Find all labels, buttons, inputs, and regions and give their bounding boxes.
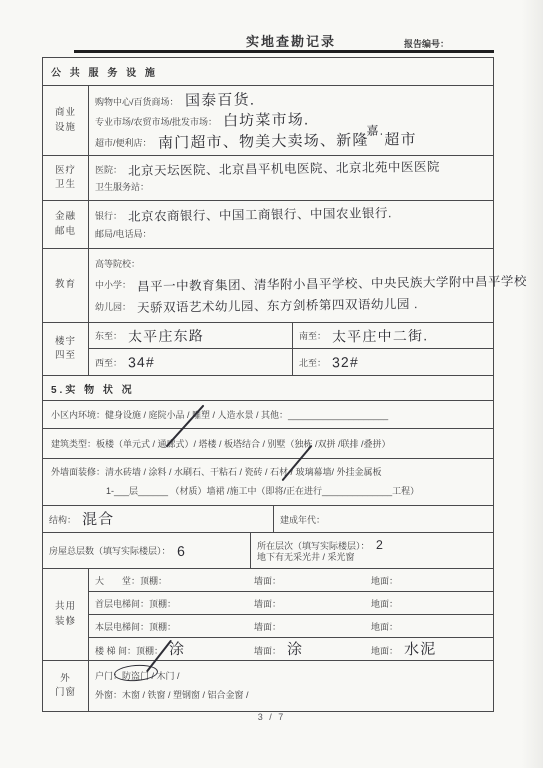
shopping-center-line: 购物中心/百货商场： 国泰百货. (95, 93, 493, 108)
school-label: 中小学： (95, 280, 131, 291)
first-elevator-ceiling-label: 首层电梯间：顶棚： (89, 597, 254, 610)
common-row-stairwell: 楼 梯 间：顶棚：涂 墙面：涂 地面：水泥 (89, 638, 493, 660)
level-label: 所在层次（填写实际楼层）： (257, 541, 370, 552)
education-label: 教育 (43, 249, 89, 322)
medical-label: 医疗 卫生 (43, 156, 89, 200)
this-elevator-ceiling-label: 本层电梯间：顶棚： (89, 620, 254, 633)
south-label: 南至： (299, 329, 326, 342)
health-station-label: 卫生服务站： (95, 182, 149, 193)
market-label: 专业市场/农贸市场/批发市场： (95, 117, 217, 128)
row-environment: 小区内环境：健身设施 / 庭院小品 / 雕塑 / 人造水景 / 其他：_____… (43, 401, 493, 429)
facade-line-2: 1-___层______ （材质）墙裙 /施工中（即将/正在进行________… (51, 486, 493, 497)
lobby-ceiling-label: 大 堂：顶棚： (89, 574, 254, 587)
level-cell: 所在层次（填写实际楼层）： 2 地下有无采光井 / 采光窗 (251, 533, 493, 568)
row-floors-level: 房屋总层数（填写实际楼层）： 6 所在层次（填写实际楼层）： 2 地下有无采光井… (43, 533, 493, 569)
report-number-label: 报告编号： (404, 37, 449, 50)
post-office-label: 邮局/电话局： (95, 229, 152, 240)
total-floors-value: 6 (176, 543, 185, 557)
kindergarten-label: 幼儿园： (95, 302, 131, 313)
lobby-wall-label: 墙面： (254, 574, 371, 587)
row-common-decoration: 共用 装修 大 堂：顶棚： 墙面： 地面： 首层电梯间：顶棚： 墙面： 地面： … (43, 569, 493, 661)
supermarket-label: 超市/便利店： (95, 138, 152, 149)
finance-label: 金融 邮电 (43, 201, 89, 248)
common-row-this-floor-elevator: 本层电梯间：顶棚： 墙面： 地面： (89, 615, 493, 638)
lobby-floor-label: 地面： (371, 574, 493, 587)
survey-table: 公 共 服 务 设 施 商业 设施 购物中心/百货商场： 国泰百货. 专业市场/… (42, 57, 494, 712)
exterior-window-line: 外窗：木窗 / 铁窗 / 塑钢窗 / 铝合金窗 / (95, 690, 493, 701)
east-value: 太平庄东路 (128, 328, 204, 343)
common-row-first-floor-elevator: 首层电梯间：顶棚： 墙面： 地面： (89, 592, 493, 615)
stairwell-floor: 地面：水泥 (371, 642, 493, 657)
page-number: 3 / 7 (0, 712, 543, 722)
stairwell-ceiling: 楼 梯 间：顶棚：涂 (89, 642, 254, 657)
hospital-label: 医院： (95, 165, 122, 176)
post-office-line: 邮局/电话局： (95, 229, 493, 240)
bound-south: 南至： 太平庄中二街. (293, 323, 493, 349)
structure-cell: 结构： 混合 (43, 506, 274, 532)
bound-east: 东至： 太平庄东路 (89, 323, 293, 349)
bank-line: 银行： 北京农商银行、中国工商银行、中国农业银行. (95, 209, 493, 222)
total-floors-cell: 房屋总层数（填写实际楼层）： 6 (43, 533, 251, 568)
total-floors-label: 房屋总层数（填写实际楼层）： (49, 544, 171, 557)
bounds-label: 楼宇 四至 (43, 323, 89, 375)
west-value: 34# (128, 355, 155, 369)
common-row-lobby: 大 堂：顶棚： 墙面： 地面： (89, 569, 493, 592)
kindergarten-line: 幼儿园： 天骄双语艺术幼儿园、东方剑桥第四双语幼儿园 . (95, 300, 493, 313)
built-year-label: 建成年代： (280, 513, 325, 526)
common-decoration-label: 共用 装修 (43, 569, 89, 660)
stairwell-wall-value: 涂 (287, 641, 303, 656)
level-line: 所在层次（填写实际楼层）： 2 (257, 539, 383, 552)
row-facade-decoration: 外墙面装修：清水砖墙 / 涂料 / 水刷石、干粘石 / 瓷砖 / 石材 / 玻璃… (43, 459, 493, 506)
health-station-line: 卫生服务站： (95, 182, 493, 193)
bound-north: 北至： 32# (293, 349, 493, 375)
supermarket-line: 超市/便利店： 南门超市、物美大卖场、新隆嘉.超市 (95, 134, 493, 149)
doors-windows-label: 外 门窗 (43, 661, 89, 711)
stairwell-floor-value: 水泥 (404, 641, 437, 656)
bound-west: 西至： 34# (89, 349, 293, 375)
west-label: 西至： (95, 356, 122, 369)
basement-light-line: 地下有无采光井 / 采光窗 (257, 552, 355, 563)
facade-line-1: 外墙面装修：清水砖墙 / 涂料 / 水刷石、干粘石 / 瓷砖 / 石材 / 玻璃… (51, 467, 493, 478)
section-public-services-title: 公 共 服 务 设 施 (43, 58, 493, 86)
row-commercial-facilities: 商业 设施 购物中心/百货商场： 国泰百货. 专业市场/农贸市场/批发市场： 白… (43, 86, 493, 156)
form-title: 实地查勘记录 (246, 31, 336, 50)
first-elevator-wall-label: 墙面： (254, 597, 371, 610)
shopping-center-value: 国泰百货. (184, 92, 254, 108)
structure-value: 混合 (82, 511, 115, 526)
level-value: 2 (375, 539, 383, 552)
row-building-type: 建筑类型：板楼（单元式 / 通廊式）/ 塔楼 / 板塔结合 / 别墅（独栋 /双… (43, 429, 493, 459)
structure-label: 结构： (49, 513, 76, 526)
stairwell-ceiling-value: 涂 (169, 641, 185, 656)
shopping-center-label: 购物中心/百货商场： (95, 97, 179, 108)
school-value: 昌平一中教育集团、清华附小昌平学校、中央民族大学附中昌平学校 (137, 275, 527, 293)
this-elevator-wall-label: 墙面： (254, 620, 371, 633)
row-doors-windows: 外 门窗 户门：防盗门 / 木门 / 外窗：木窗 / 铁窗 / 塑钢窗 / 铝合… (43, 661, 493, 711)
row-medical-health: 医疗 卫生 医院： 北京天坛医院、北京昌平机电医院、北京北苑中医医院 卫生服务站… (43, 156, 493, 201)
north-value: 32# (332, 355, 359, 369)
hospital-value: 北京天坛医院、北京昌平机电医院、北京北苑中医医院 (128, 161, 440, 178)
stairwell-wall: 墙面：涂 (254, 642, 371, 657)
east-label: 东至： (95, 329, 122, 342)
section-physical-condition-title: 5.实 物 状 况 (43, 376, 493, 401)
commercial-label: 商业 设施 (43, 86, 89, 155)
row-education: 教育 高等院校： 中小学： 昌平一中教育集团、清华附小昌平学校、中央民族大学附中… (43, 249, 493, 323)
market-value: 白坊菜市场. (223, 112, 310, 128)
hospital-line: 医院： 北京天坛医院、北京昌平机电医院、北京北苑中医医院 (95, 163, 493, 176)
supermarket-value: 南门超市、物美大卖场、新隆嘉.超市 (157, 132, 416, 151)
this-elevator-floor-label: 地面： (371, 620, 493, 633)
market-line: 专业市场/农贸市场/批发市场： 白坊菜市场. (95, 113, 493, 128)
bank-label: 银行： (95, 211, 122, 222)
south-value: 太平庄中二街. (332, 328, 428, 343)
school-line: 中小学： 昌平一中教育集团、清华附小昌平学校、中央民族大学附中昌平学校 (95, 278, 493, 291)
north-label: 北至： (299, 356, 326, 369)
built-year-cell: 建成年代： (274, 506, 493, 532)
kindergarten-value: 天骄双语艺术幼儿园、东方剑桥第四双语幼儿园 . (137, 298, 418, 314)
row-finance-post: 金融 邮电 银行： 北京农商银行、中国工商银行、中国农业银行. 邮局/电话局： (43, 201, 493, 249)
college-line: 高等院校： (95, 259, 493, 270)
first-elevator-floor-label: 地面： (371, 597, 493, 610)
basement-light-label: 地下有无采光井 / 采光窗 (257, 552, 355, 563)
header-rule (74, 50, 494, 53)
scanned-survey-form: 实地查勘记录 报告编号： 公 共 服 务 设 施 商业 设施 购物中心/百货商场… (0, 0, 543, 768)
college-label: 高等院校： (95, 259, 140, 270)
row-structure-year: 结构： 混合 建成年代： (43, 506, 493, 533)
handwritten-insertion: 嘉. (366, 123, 384, 137)
bank-value: 北京农商银行、中国工商银行、中国农业银行. (128, 207, 392, 223)
row-building-bounds: 楼宇 四至 东至： 太平庄东路 南至： 太平庄中二街. 西至： 34# 北至： … (43, 323, 493, 376)
